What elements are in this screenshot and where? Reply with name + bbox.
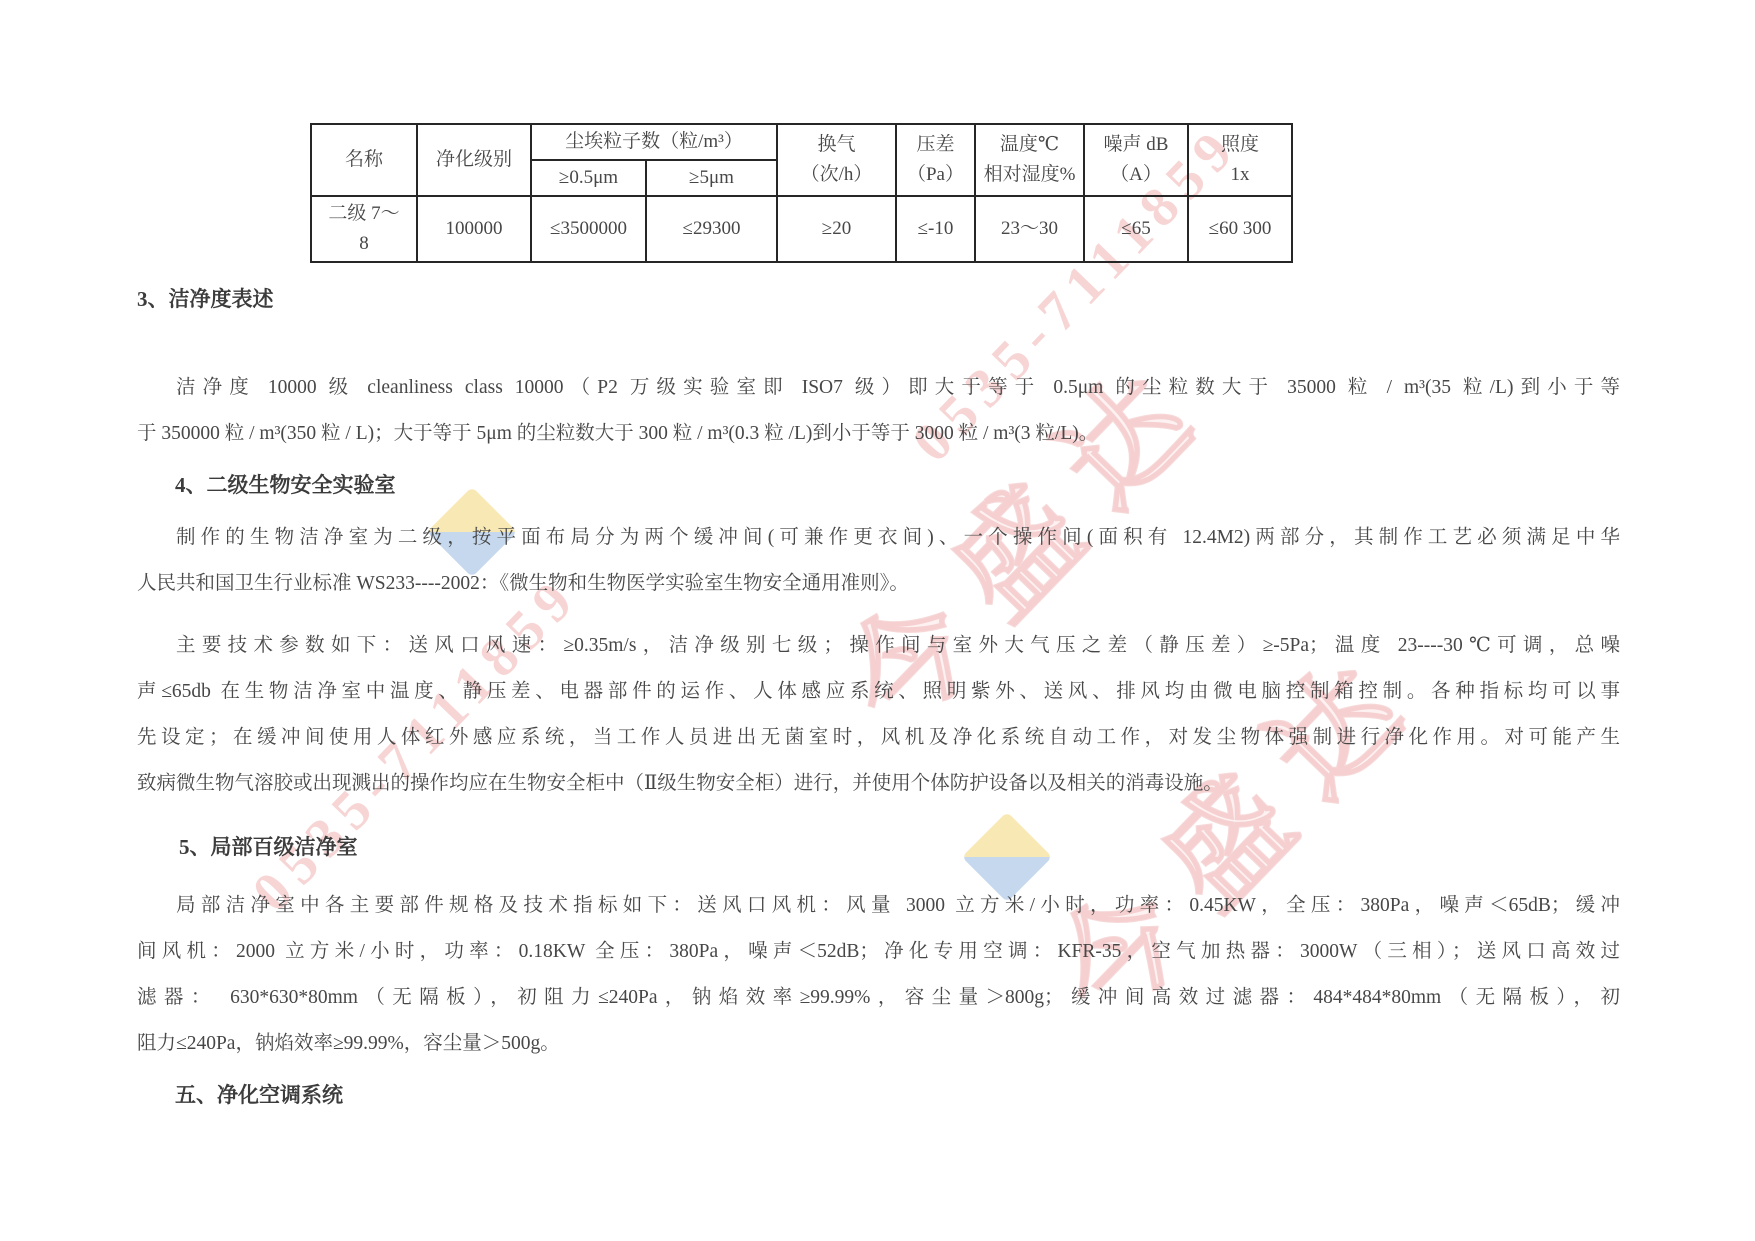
col-header-name: 名称 [311, 124, 417, 196]
header-line: 温度℃ [980, 130, 1079, 160]
header-line: 相对湿度% [980, 160, 1079, 190]
paragraph-local-cleanroom-specs: 局部洁净室中各主要部件规格及技术指标如下：送风口风机：风量 3000 立方米/小… [137, 883, 1620, 1067]
paragraph-line: 局部洁净室中各主要部件规格及技术指标如下：送风口风机：风量 3000 立方米/小… [137, 883, 1620, 929]
cell-air-change: ≥20 [777, 196, 896, 262]
col-header-air-change: 换气 （次/h） [777, 124, 896, 196]
paragraph-line: 声≤65db 在生物洁净室中温度、静压差、电器部件的运作、人体感应系统、照明紫外… [137, 669, 1620, 715]
paragraph-line: 人民共和国卫生行业标准 WS233----2002：《微生物和生物医学实验室生物… [137, 561, 1620, 607]
heading-local-class100-cleanroom: 5、局部百级洁净室 [137, 833, 1620, 861]
paragraph-line: 滤器： 630*630*80mm（无隔板），初阻力≤240Pa，钠焰效率≥99.… [137, 975, 1620, 1021]
paragraph-line: 洁净度 10000 级 cleanliness class 10000（P2 万… [137, 365, 1620, 411]
cell-line: 8 [316, 229, 412, 259]
col-header-dust-ge05um: ≥0.5μm [531, 160, 646, 196]
col-header-dust-ge5um: ≥5μm [646, 160, 777, 196]
heading-biosafety-lab: 4、二级生物安全实验室 [137, 471, 1620, 499]
document-page: 名称 净化级别 尘埃粒子数（粒/m³） 换气 （次/h） 压差 （Pa） 温度℃… [0, 123, 1755, 1109]
paragraph-line: 主要技术参数如下：送风口风速：≥0.35m/s，洁净级别七级；操作间与室外大气压… [137, 623, 1620, 669]
heading-purification-hvac-system: 五、净化空调系统 [137, 1081, 1620, 1109]
cell-temp-humidity: 23～30 [975, 196, 1084, 262]
paragraph-line: 阻力≤240Pa，钠焰效率≥99.99%，容尘量＞500g。 [137, 1021, 1620, 1067]
col-header-dust-particles: 尘埃粒子数（粒/m³） [531, 124, 777, 160]
paragraph-line: 制作的生物洁净室为二级，按平面布局分为两个缓冲间(可兼作更衣间)、一个操作间(面… [137, 515, 1620, 561]
cell-dust-ge5um: ≤29300 [646, 196, 777, 262]
paragraph-line: 于 350000 粒 / m³(350 粒 / L)；大于等于 5μm 的尘粒数… [137, 411, 1620, 457]
header-line: （次/h） [782, 160, 891, 190]
header-line: （Pa） [901, 160, 970, 190]
col-header-illuminance: 照度 1x [1188, 124, 1292, 196]
cleanroom-spec-table: 名称 净化级别 尘埃粒子数（粒/m³） 换气 （次/h） 压差 （Pa） 温度℃… [310, 123, 1293, 263]
cell-illuminance: ≤60 300 [1188, 196, 1292, 262]
col-header-noise: 噪声 dB （A） [1084, 124, 1188, 196]
paragraph-cleanliness: 洁净度 10000 级 cleanliness class 10000（P2 万… [137, 365, 1620, 457]
col-header-purification-level: 净化级别 [417, 124, 531, 196]
paragraph-line: 先设定；在缓冲间使用人体红外感应系统，当工作人员进出无菌室时，风机及净化系统自动… [137, 715, 1620, 761]
col-header-temp-humidity: 温度℃ 相对湿度% [975, 124, 1084, 196]
paragraph-line: 致病微生物气溶胶或出现溅出的操作均应在生物安全柜中（Ⅱ级生物安全柜）进行，并使用… [137, 761, 1620, 807]
header-line: （A） [1089, 160, 1183, 190]
col-header-pressure-diff: 压差 （Pa） [896, 124, 975, 196]
header-line: 压差 [901, 130, 970, 160]
cell-pressure-diff: ≤-10 [896, 196, 975, 262]
header-line: 1x [1193, 160, 1287, 190]
cell-purification-level: 100000 [417, 196, 531, 262]
paragraph-line: 间风机：2000 立方米/小时，功率：0.18KW 全压：380Pa，噪声＜52… [137, 929, 1620, 975]
header-line: 换气 [782, 130, 891, 160]
cell-line: 二级 7～ [316, 199, 412, 229]
header-line: 照度 [1193, 130, 1287, 160]
paragraph-biosafety-parameters: 主要技术参数如下：送风口风速：≥0.35m/s，洁净级别七级；操作间与室外大气压… [137, 623, 1620, 807]
header-line: 噪声 dB [1089, 130, 1183, 160]
heading-cleanliness-description: 3、洁净度表述 [137, 285, 1620, 313]
table-row: 二级 7～ 8 100000 ≤3500000 ≤29300 ≥20 ≤-10 … [311, 196, 1292, 262]
cell-dust-ge05um: ≤3500000 [531, 196, 646, 262]
paragraph-biosafety-layout: 制作的生物洁净室为二级，按平面布局分为两个缓冲间(可兼作更衣间)、一个操作间(面… [137, 515, 1620, 607]
cell-noise: ≤65 [1084, 196, 1188, 262]
cell-name: 二级 7～ 8 [311, 196, 417, 262]
